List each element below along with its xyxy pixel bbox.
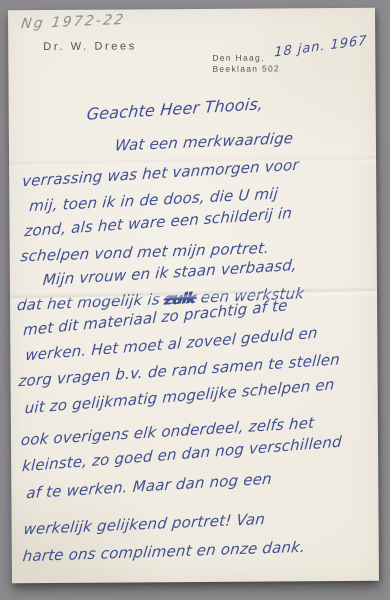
letterhead-address: Den Haag, Beeklaan 502 xyxy=(212,52,280,74)
photo-background: Ng 1972-22 Dr. W. Drees Den Haag, Beekla… xyxy=(0,0,390,600)
salutation-line: Geachte Heer Thoois, xyxy=(86,94,265,124)
pencil-catalog-note: Ng 1972-22 xyxy=(20,12,126,32)
letter-paper: Ng 1972-22 Dr. W. Drees Den Haag, Beekla… xyxy=(8,8,379,584)
letter-line: werkelijk gelijkend portret! Van xyxy=(23,510,266,538)
letter-line: af te werken. Maar dan nog een xyxy=(26,470,273,503)
letter-line: harte ons compliment en onze dank. xyxy=(22,538,306,565)
letterhead-city: Den Haag, xyxy=(212,52,280,63)
letter-line: Wat een merkwaardige xyxy=(114,129,294,155)
letterhead-name: Dr. W. Drees xyxy=(43,40,137,53)
letter-body: Geachte Heer Thoois, Wat een merkwaardig… xyxy=(8,8,375,11)
letterhead-street: Beeklaan 502 xyxy=(212,63,280,74)
handwritten-date: 18 jan. 1967 xyxy=(274,33,368,60)
